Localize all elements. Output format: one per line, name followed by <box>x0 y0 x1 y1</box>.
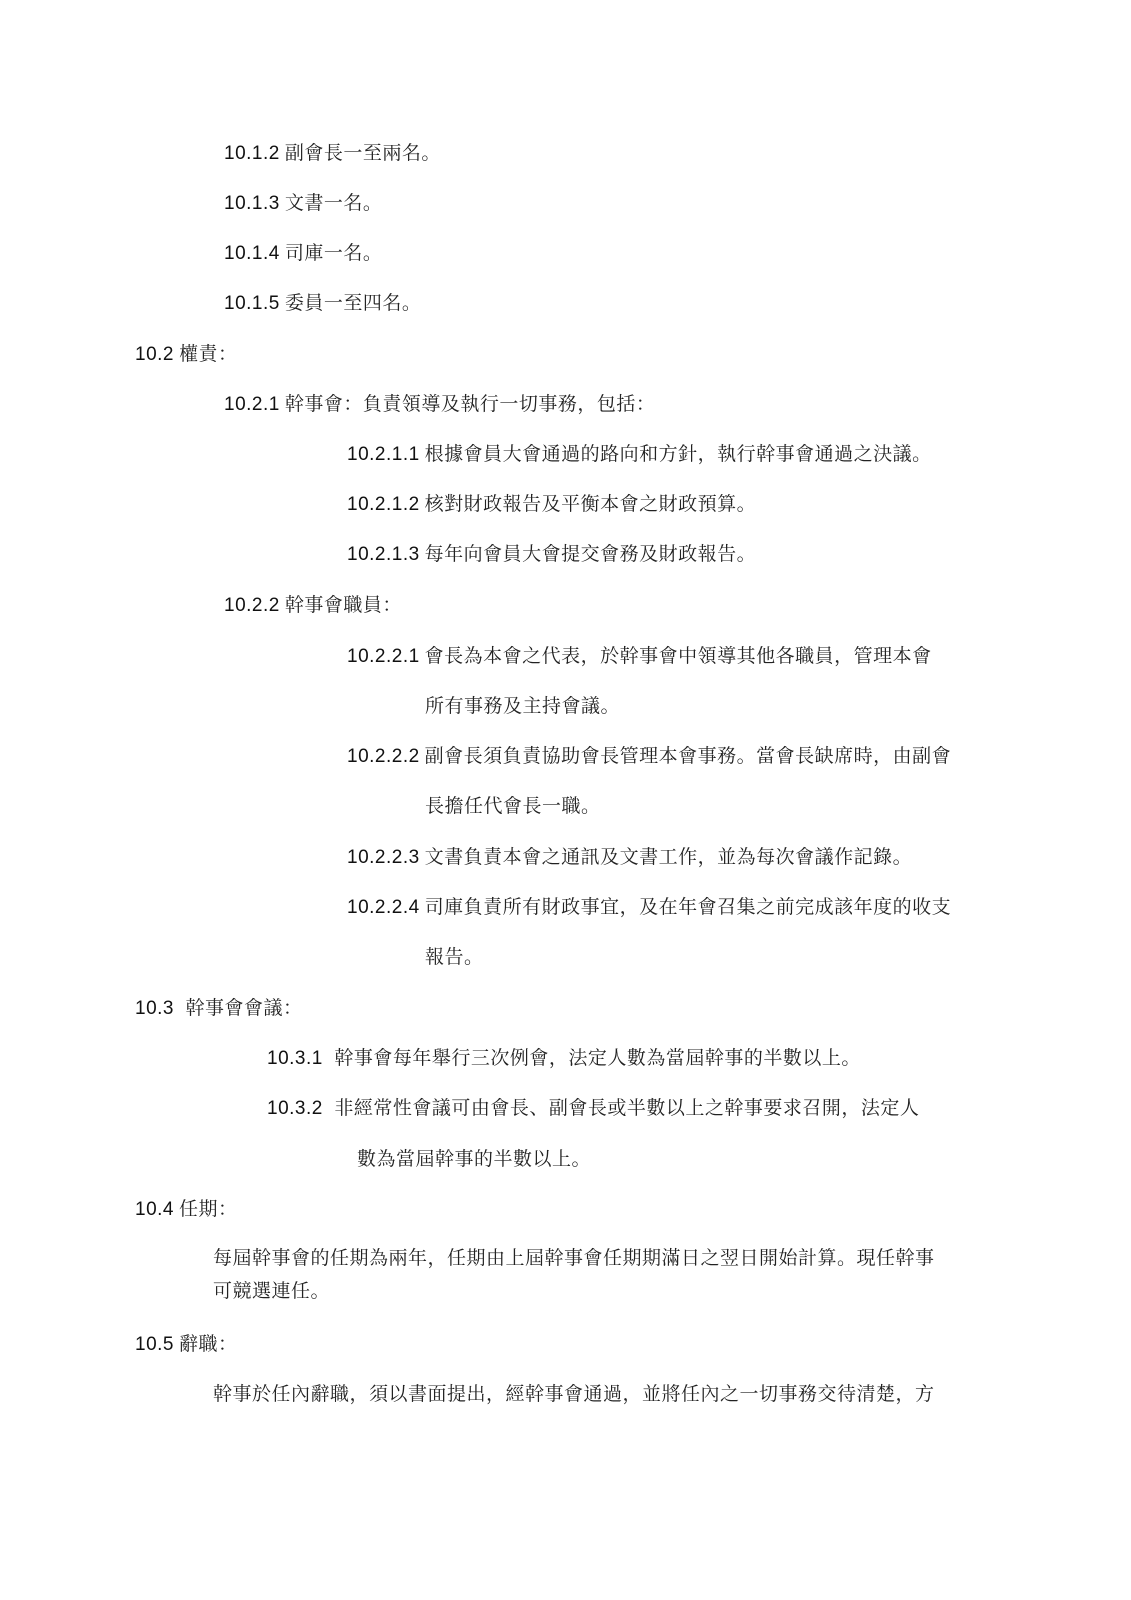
clause-text: 所有事務及主持會議。 <box>425 695 620 717</box>
clause-text: 幹事會職員： <box>285 594 402 616</box>
clause-number: 10.2.2 <box>224 595 280 616</box>
clause-10-2-2-2: 10.2.2.2副會長須負責協助會長管理本會事務。當會長缺席時，由副會 <box>347 743 951 770</box>
clause-10-2-2: 10.2.2幹事會職員： <box>224 592 402 619</box>
clause-number: 10.2.1 <box>224 394 280 415</box>
section-number: 10.5 <box>135 1334 174 1355</box>
clause-10-2-2-2-cont: 長擔任代會長一職。 <box>425 793 601 819</box>
clause-number: 10.2.1.1 <box>347 444 420 465</box>
clause-number: 10.2.2.3 <box>347 847 420 868</box>
clause-10-3-1: 10.3.1 幹事會每年舉行三次例會，法定人數為當屆幹事的半數以上。 <box>267 1045 861 1072</box>
section-title: 幹事會會議： <box>179 997 303 1019</box>
clause-10-1-2: 10.1.2副會長一至兩名。 <box>224 140 441 167</box>
section-title: 任期： <box>179 1198 238 1220</box>
clause-text: 司庫負責所有財政事宜，及在年會召集之前完成該年度的收支 <box>425 896 952 918</box>
clause-text: 文書負責本會之通訊及文書工作，並為每次會議作記錄。 <box>425 846 913 868</box>
section-10-4-paragraph-line1: 每屆幹事會的任期為兩年，任期由上屆幹事會任期期滿日之翌日開始計算。現任幹事 <box>213 1245 935 1271</box>
clause-number: 10.2.2.2 <box>347 746 420 767</box>
clause-10-2-1-1: 10.2.1.1根據會員大會通過的路向和方針，執行幹事會通過之決議。 <box>347 441 932 468</box>
section-10-5-paragraph-line1: 幹事於任內辭職，須以書面提出，經幹事會通過，並將任內之一切事務交待清楚，方 <box>213 1381 935 1407</box>
clause-number: 10.2.2.4 <box>347 897 420 918</box>
clause-text: 幹事會每年舉行三次例會，法定人數為當屆幹事的半數以上。 <box>328 1047 861 1069</box>
clause-number: 10.1.4 <box>224 243 280 264</box>
clause-10-2-1-3: 10.2.1.3每年向會員大會提交會務及財政報告。 <box>347 541 756 568</box>
section-number: 10.4 <box>135 1199 174 1220</box>
clause-10-2-1: 10.2.1幹事會：負責領導及執行一切事務，包括： <box>224 391 655 418</box>
paragraph-text: 幹事於任內辭職，須以書面提出，經幹事會通過，並將任內之一切事務交待清楚，方 <box>213 1383 935 1405</box>
section-title: 辭職： <box>179 1333 238 1355</box>
clause-text: 核對財政報告及平衡本會之財政預算。 <box>425 493 757 515</box>
clause-text: 委員一至四名。 <box>285 292 422 314</box>
clause-text: 副會長須負責協助會長管理本會事務。當會長缺席時，由副會 <box>425 745 952 767</box>
paragraph-text: 可競選連任。 <box>213 1280 330 1302</box>
clause-10-2-2-3: 10.2.2.3文書負責本會之通訊及文書工作，並為每次會議作記錄。 <box>347 844 912 871</box>
clause-number: 10.1.5 <box>224 293 280 314</box>
clause-number: 10.3.1 <box>267 1048 323 1069</box>
clause-10-2-1-2: 10.2.1.2核對財政報告及平衡本會之財政預算。 <box>347 491 756 518</box>
clause-10-2-2-4-cont: 報告。 <box>425 944 484 970</box>
paragraph-text: 每屆幹事會的任期為兩年，任期由上屆幹事會任期期滿日之翌日開始計算。現任幹事 <box>213 1247 935 1269</box>
clause-text: 文書一名。 <box>285 192 383 214</box>
clause-10-2-2-1: 10.2.2.1會長為本會之代表，於幹事會中領導其他各職員，管理本會 <box>347 643 932 670</box>
section-title: 權責： <box>179 343 238 365</box>
clause-text: 數為當屆幹事的半數以上。 <box>357 1148 591 1170</box>
clause-text: 幹事會：負責領導及執行一切事務，包括： <box>285 393 656 415</box>
clause-10-2-2-4: 10.2.2.4司庫負責所有財政事宜，及在年會召集之前完成該年度的收支 <box>347 894 951 921</box>
clause-text: 會長為本會之代表，於幹事會中領導其他各職員，管理本會 <box>425 645 932 667</box>
clause-text: 司庫一名。 <box>285 242 383 264</box>
section-10-3-heading: 10.3 幹事會會議： <box>135 995 303 1022</box>
clause-text: 每年向會員大會提交會務及財政報告。 <box>425 543 757 565</box>
clause-number: 10.3.2 <box>267 1098 323 1119</box>
section-number: 10.2 <box>135 344 174 365</box>
clause-text: 非經常性會議可由會長、副會長或半數以上之幹事要求召開，法定人 <box>328 1097 920 1119</box>
clause-10-1-3: 10.1.3文書一名。 <box>224 190 382 217</box>
section-10-4-paragraph-line2: 可競選連任。 <box>213 1278 330 1304</box>
clause-number: 10.2.2.1 <box>347 646 420 667</box>
clause-number: 10.1.2 <box>224 143 280 164</box>
clause-text: 根據會員大會通過的路向和方針，執行幹事會通過之決議。 <box>425 443 932 465</box>
section-10-4-heading: 10.4任期： <box>135 1196 238 1223</box>
clause-number: 10.2.1.3 <box>347 544 420 565</box>
clause-text: 副會長一至兩名。 <box>285 142 441 164</box>
section-number: 10.3 <box>135 998 174 1019</box>
clause-number: 10.2.1.2 <box>347 494 420 515</box>
clause-number: 10.1.3 <box>224 193 280 214</box>
clause-10-1-4: 10.1.4司庫一名。 <box>224 240 382 267</box>
clause-text: 報告。 <box>425 946 484 968</box>
clause-10-3-2: 10.3.2 非經常性會議可由會長、副會長或半數以上之幹事要求召開，法定人 <box>267 1095 919 1122</box>
clause-10-2-2-1-cont: 所有事務及主持會議。 <box>425 693 620 719</box>
clause-text: 長擔任代會長一職。 <box>425 795 601 817</box>
clause-10-1-5: 10.1.5委員一至四名。 <box>224 290 421 317</box>
clause-10-3-2-cont: 數為當屆幹事的半數以上。 <box>357 1146 591 1172</box>
section-10-5-heading: 10.5辭職： <box>135 1331 238 1358</box>
section-10-2-heading: 10.2權責： <box>135 341 238 368</box>
